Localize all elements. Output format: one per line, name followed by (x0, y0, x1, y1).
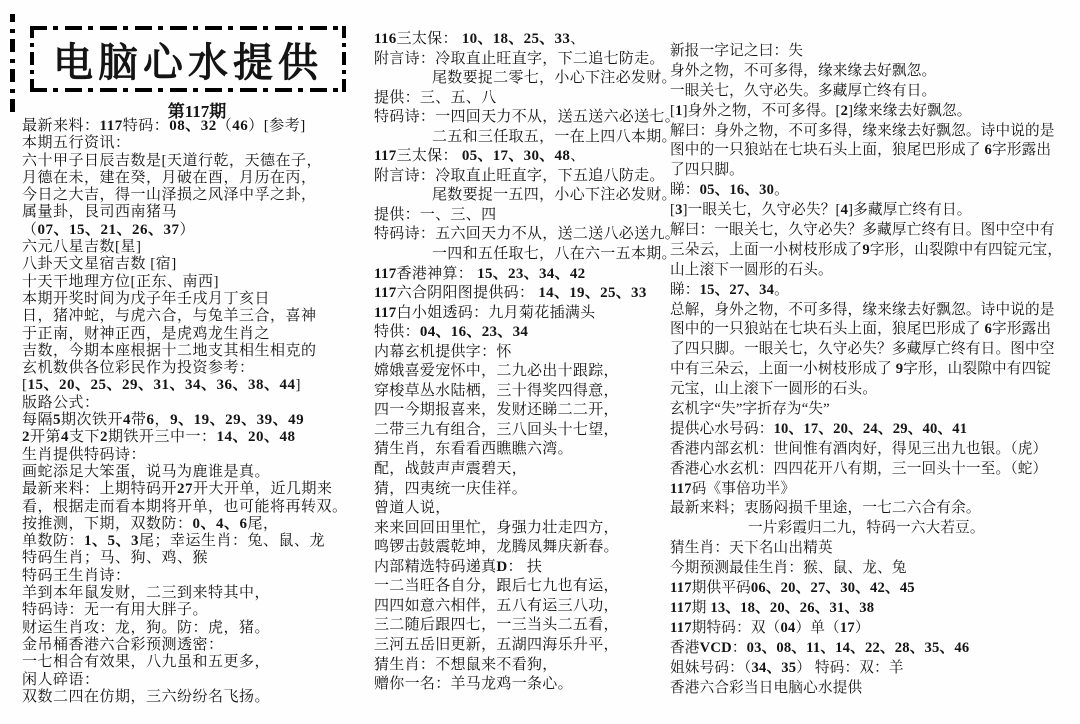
text-line: 六元八星吉数[星] (22, 239, 372, 256)
text-line: 月德在未，建在癸，月破在酉，月历在丙， (22, 170, 372, 187)
title-box: 电脑心水提供 (30, 26, 346, 92)
text-line: 特码诗：五六回天力不从，送二送八必送九。 (374, 225, 672, 245)
text-line: 香港六合彩当日电脑心水提供 (670, 679, 1076, 699)
text-line: 117码《事倍功半》 (670, 480, 1076, 500)
text-line: 看，根据走而看本期将开单，也可能将再转双。 (22, 499, 372, 516)
text-line: 三河五岳旧更新，五湖四海乐升平， (374, 636, 672, 656)
text-line: 一二当旺各自分，跟后七九也有运， (374, 577, 672, 597)
text-line: 嫦娥喜爱宠怀中，二九必出十跟踪， (374, 362, 672, 382)
text-line: [3]一眼关七，久守必失？[4]多藏厚亡终有日。 (670, 201, 1076, 221)
text-line: 猜生肖，东看看西瞧瞧六湾。 (374, 440, 672, 460)
text-line: 按推测，下期，双数防：0、4、6尾， (22, 516, 372, 533)
text-line: 猜生肖：天下名山出精英 (670, 539, 1076, 559)
text-line: 身外之物，不可多得，缘来缘去好飘忽。 (670, 62, 1076, 82)
text-line: 附言诗：冷取直止旺直字，下二追七防走。 (374, 50, 672, 70)
text-line: 四四如意六相伴，五八有运三八功， (374, 597, 672, 617)
text-line: 吉数，今期本座根据十二地支其相生相克的 (22, 343, 372, 360)
left-column: 电脑心水提供 第117期 最新来料：117特码：08、32（46）[参考]本期五… (22, 26, 372, 706)
text-line: 四一今期报喜来，发财还睇二二开， (374, 401, 672, 421)
text-line: 画蛇添足大笨蛋，说马为鹿谁是真。 (22, 464, 372, 481)
text-line: 117期特码：双（04）单（17） (670, 619, 1076, 639)
text-line: 117白小姐透码：九月菊花插满头 (374, 304, 672, 324)
text-line: 了四只脚。 (670, 161, 1076, 181)
text-line: 财运生肖攻：龙，狗。防：虎，猪。 (22, 620, 372, 637)
text-line: 穿梭草丛水陆栖，三十得奖四得意， (374, 382, 672, 402)
text-line: 闲人碎语： (22, 672, 372, 689)
text-line: 猜生肖：不想鼠来不看狗， (374, 656, 672, 676)
text-line: 特码诗：一四回天力不从，送五送六必送七。 (374, 108, 672, 128)
text-line: 附言诗：冷取直止旺直字，下五追八防走。 (374, 167, 672, 187)
middle-column-text: 116三太保： 10、18、25、33、附言诗：冷取直止旺直字，下二追七防走。尾… (374, 30, 672, 695)
text-line: 尾数要捉二零七，小心下注必发财。 (374, 69, 672, 89)
text-line: 于正南，财神正西，是虎鸡龙生肖之 (22, 326, 372, 343)
text-line: 金吊桶香港六合彩预测透密： (22, 637, 372, 654)
text-line: [15、20、25、29、31、34、36、38、44] (22, 377, 372, 394)
issue-number: 第117期 (22, 97, 372, 116)
text-line: 尾数要捉一五四，小心下注必发财。 (374, 186, 672, 206)
text-line: 单数防：1、5、3尾；幸运生肖：兔、鼠、龙 (22, 533, 372, 550)
text-line: 山上滚下一圆形的石头。 (670, 261, 1076, 281)
text-line: 一片彩霞归二九，特码一六大若豆。 (670, 519, 1076, 539)
text-line: [1]身外之物，不可多得。[2]缘来缘去好飘忽。 (670, 102, 1076, 122)
text-line: 117期 13、18、20、26、31、38 (670, 599, 1076, 619)
left-column-text: 最新来料：117特码：08、32（46）[参考]本期五行资讯：六十甲子日辰吉数是… (22, 118, 372, 706)
text-line: 提供：一、三、四 (374, 206, 672, 226)
left-edge-dash-marks (10, 14, 15, 112)
text-line: 最新来料；衷肠闷损千里途，一七二六合有余。 (670, 499, 1076, 519)
text-line: 特码王生肖诗： (22, 568, 372, 585)
text-line: 三二随后跟四七，一三当头二五看， (374, 616, 672, 636)
text-line: 来来回回田里忙，身强力壮走四方， (374, 519, 672, 539)
text-line: 2开第4支下2期铁开三中一：14、20、48 (22, 429, 372, 446)
text-line: 玄机字“失”字折存为“失” (670, 400, 1076, 420)
text-line: 中有三朵云，上面一小树枝形成了 9字形，山裂隙中有四锭 (670, 360, 1076, 380)
text-line: 117香港神算： 15、23、34、42 (374, 265, 672, 285)
text-line: 本期五行资讯： (22, 135, 372, 152)
text-line: 一眼关七，久守必失。多藏厚亡终有日。 (670, 82, 1076, 102)
text-line: 二带三九有组合，三八回头十七望， (374, 421, 672, 441)
text-line: 姐妹号码：（34、35） 特码：双：羊 (670, 659, 1076, 679)
text-line: 睇：05、16、30。 (670, 181, 1076, 201)
text-line: 一四和五任取七，八在六一五本期。 (374, 245, 672, 265)
text-line: 一七相合有效果，八九虽和五更多， (22, 654, 372, 671)
text-line: 了四只脚。一眼关七，久守必失？多藏厚亡终有日。图中空 (670, 340, 1076, 360)
text-line: 今期预测最佳生肖：猴、鼠、龙、兔 (670, 559, 1076, 579)
text-line: 117期供平码06、20、27、30、42、45 (670, 579, 1076, 599)
text-line: 双数二四在仿期，三六纷纷名飞扬。 (22, 689, 372, 706)
text-line: 特码生肖；马、狗、鸡、猴 (22, 550, 372, 567)
text-line: 曾道人说， (374, 499, 672, 519)
text-line: 十天干地理方位[正东、南西] (22, 274, 372, 291)
text-line: 最新来料：上期特码开27开大开单，近几期来 (22, 481, 372, 498)
text-line: 生肖提供特码诗： (22, 447, 372, 464)
text-line: 二五和三任取五，一在上四八本期。 (374, 128, 672, 148)
text-line: 图中的一只狼站在七块石头上面，狼尾巴形成了 6字形露出 (670, 141, 1076, 161)
text-line: 图中的一只狼站在七块石头上面，狼尾巴形成了 6字形露出 (670, 320, 1076, 340)
text-line: 本期开奖时间为戊子年壬戌月丁亥日 (22, 291, 372, 308)
text-line: （07、15、21、26、37） (22, 222, 372, 239)
text-line: 八卦天文星宿吉数 [宿] (22, 256, 372, 273)
text-line: 特码诗：无一有用大胖子。 (22, 602, 372, 619)
text-line: 116三太保： 10、18、25、33、 (374, 30, 672, 50)
text-line: 今日之大吉，得一山泽损之风泽中孚之卦， (22, 187, 372, 204)
text-line: 香港VCD：03、08、11、14、22、28、35、46 (670, 639, 1076, 659)
text-line: 提供：三、五、八 (374, 89, 672, 109)
text-line: 香港心水玄机：四四花开八有期，三一回头十一至。（蛇） (670, 460, 1076, 480)
text-line: 新报一字记之曰：失 (670, 42, 1076, 62)
text-line: 睇：15、27、34。 (670, 281, 1076, 301)
text-line: 玄机数供各位彩民作为投资参考： (22, 360, 372, 377)
text-line: 总解，身外之物，不可多得，缘来缘去好飘忽。诗中说的是 (670, 301, 1076, 321)
text-line: 属量卦，艮司西南猪马 (22, 204, 372, 221)
text-line: 内幕玄机提供字：怀 (374, 343, 672, 363)
text-line: 三朵云，上面一小树枝形成了9字形，山裂隙中有四锭元宝， (670, 241, 1076, 261)
text-line: 内部精选特码递真D： 扶 (374, 558, 672, 578)
text-line: 六十甲子日辰吉数是[天道行乾，天德在子， (22, 153, 372, 170)
text-line: 配，战鼓声声震碧天， (374, 460, 672, 480)
text-line: 鸣锣击鼓震乾坤，龙腾凤舞庆新春。 (374, 538, 672, 558)
text-line: 解曰：身外之物，不可多得，缘来缘去好飘忽。诗中说的是 (670, 122, 1076, 142)
text-line: 羊到本年鼠发财，二三到来特其中， (22, 585, 372, 602)
text-line: 提供心水号码：10、17、20、24、29、40、41 (670, 420, 1076, 440)
text-line: 香港内部玄机：世间惟有酒肉好，得见三出九也银。（虎） (670, 440, 1076, 460)
page-title: 电脑心水提供 (53, 31, 323, 88)
text-line: 赠你一名：羊马龙鸡一条心。 (374, 675, 672, 695)
text-line: 日，猪冲蛇，与虎六合，与兔羊三合，喜神 (22, 308, 372, 325)
text-line: 117三太保： 05、17、30、48、 (374, 147, 672, 167)
text-line: 元宝，山上滚下一圆形的石头。 (670, 380, 1076, 400)
right-column-text: 新报一字记之曰：失身外之物，不可多得，缘来缘去好飘忽。一眼关七，久守必失。多藏厚… (670, 42, 1076, 698)
text-line: 最新来料：117特码：08、32（46）[参考] (22, 118, 372, 135)
text-line: 版路公式： (22, 395, 372, 412)
text-line: 特供：04、16、23、34 (374, 323, 672, 343)
text-line: 117六合阴阳图提供码： 14、19、25、33 (374, 284, 672, 304)
document-page: 电脑心水提供 第117期 最新来料：117特码：08、32（46）[参考]本期五… (0, 0, 1080, 724)
text-line: 每隔5期次铁开4带6，9、19、29、39、49 (22, 412, 372, 429)
text-line: 猜，四夷统一庆佳祥。 (374, 480, 672, 500)
text-line: 解曰：一眼关七，久守必失？多藏厚亡终有日。图中空中有 (670, 221, 1076, 241)
